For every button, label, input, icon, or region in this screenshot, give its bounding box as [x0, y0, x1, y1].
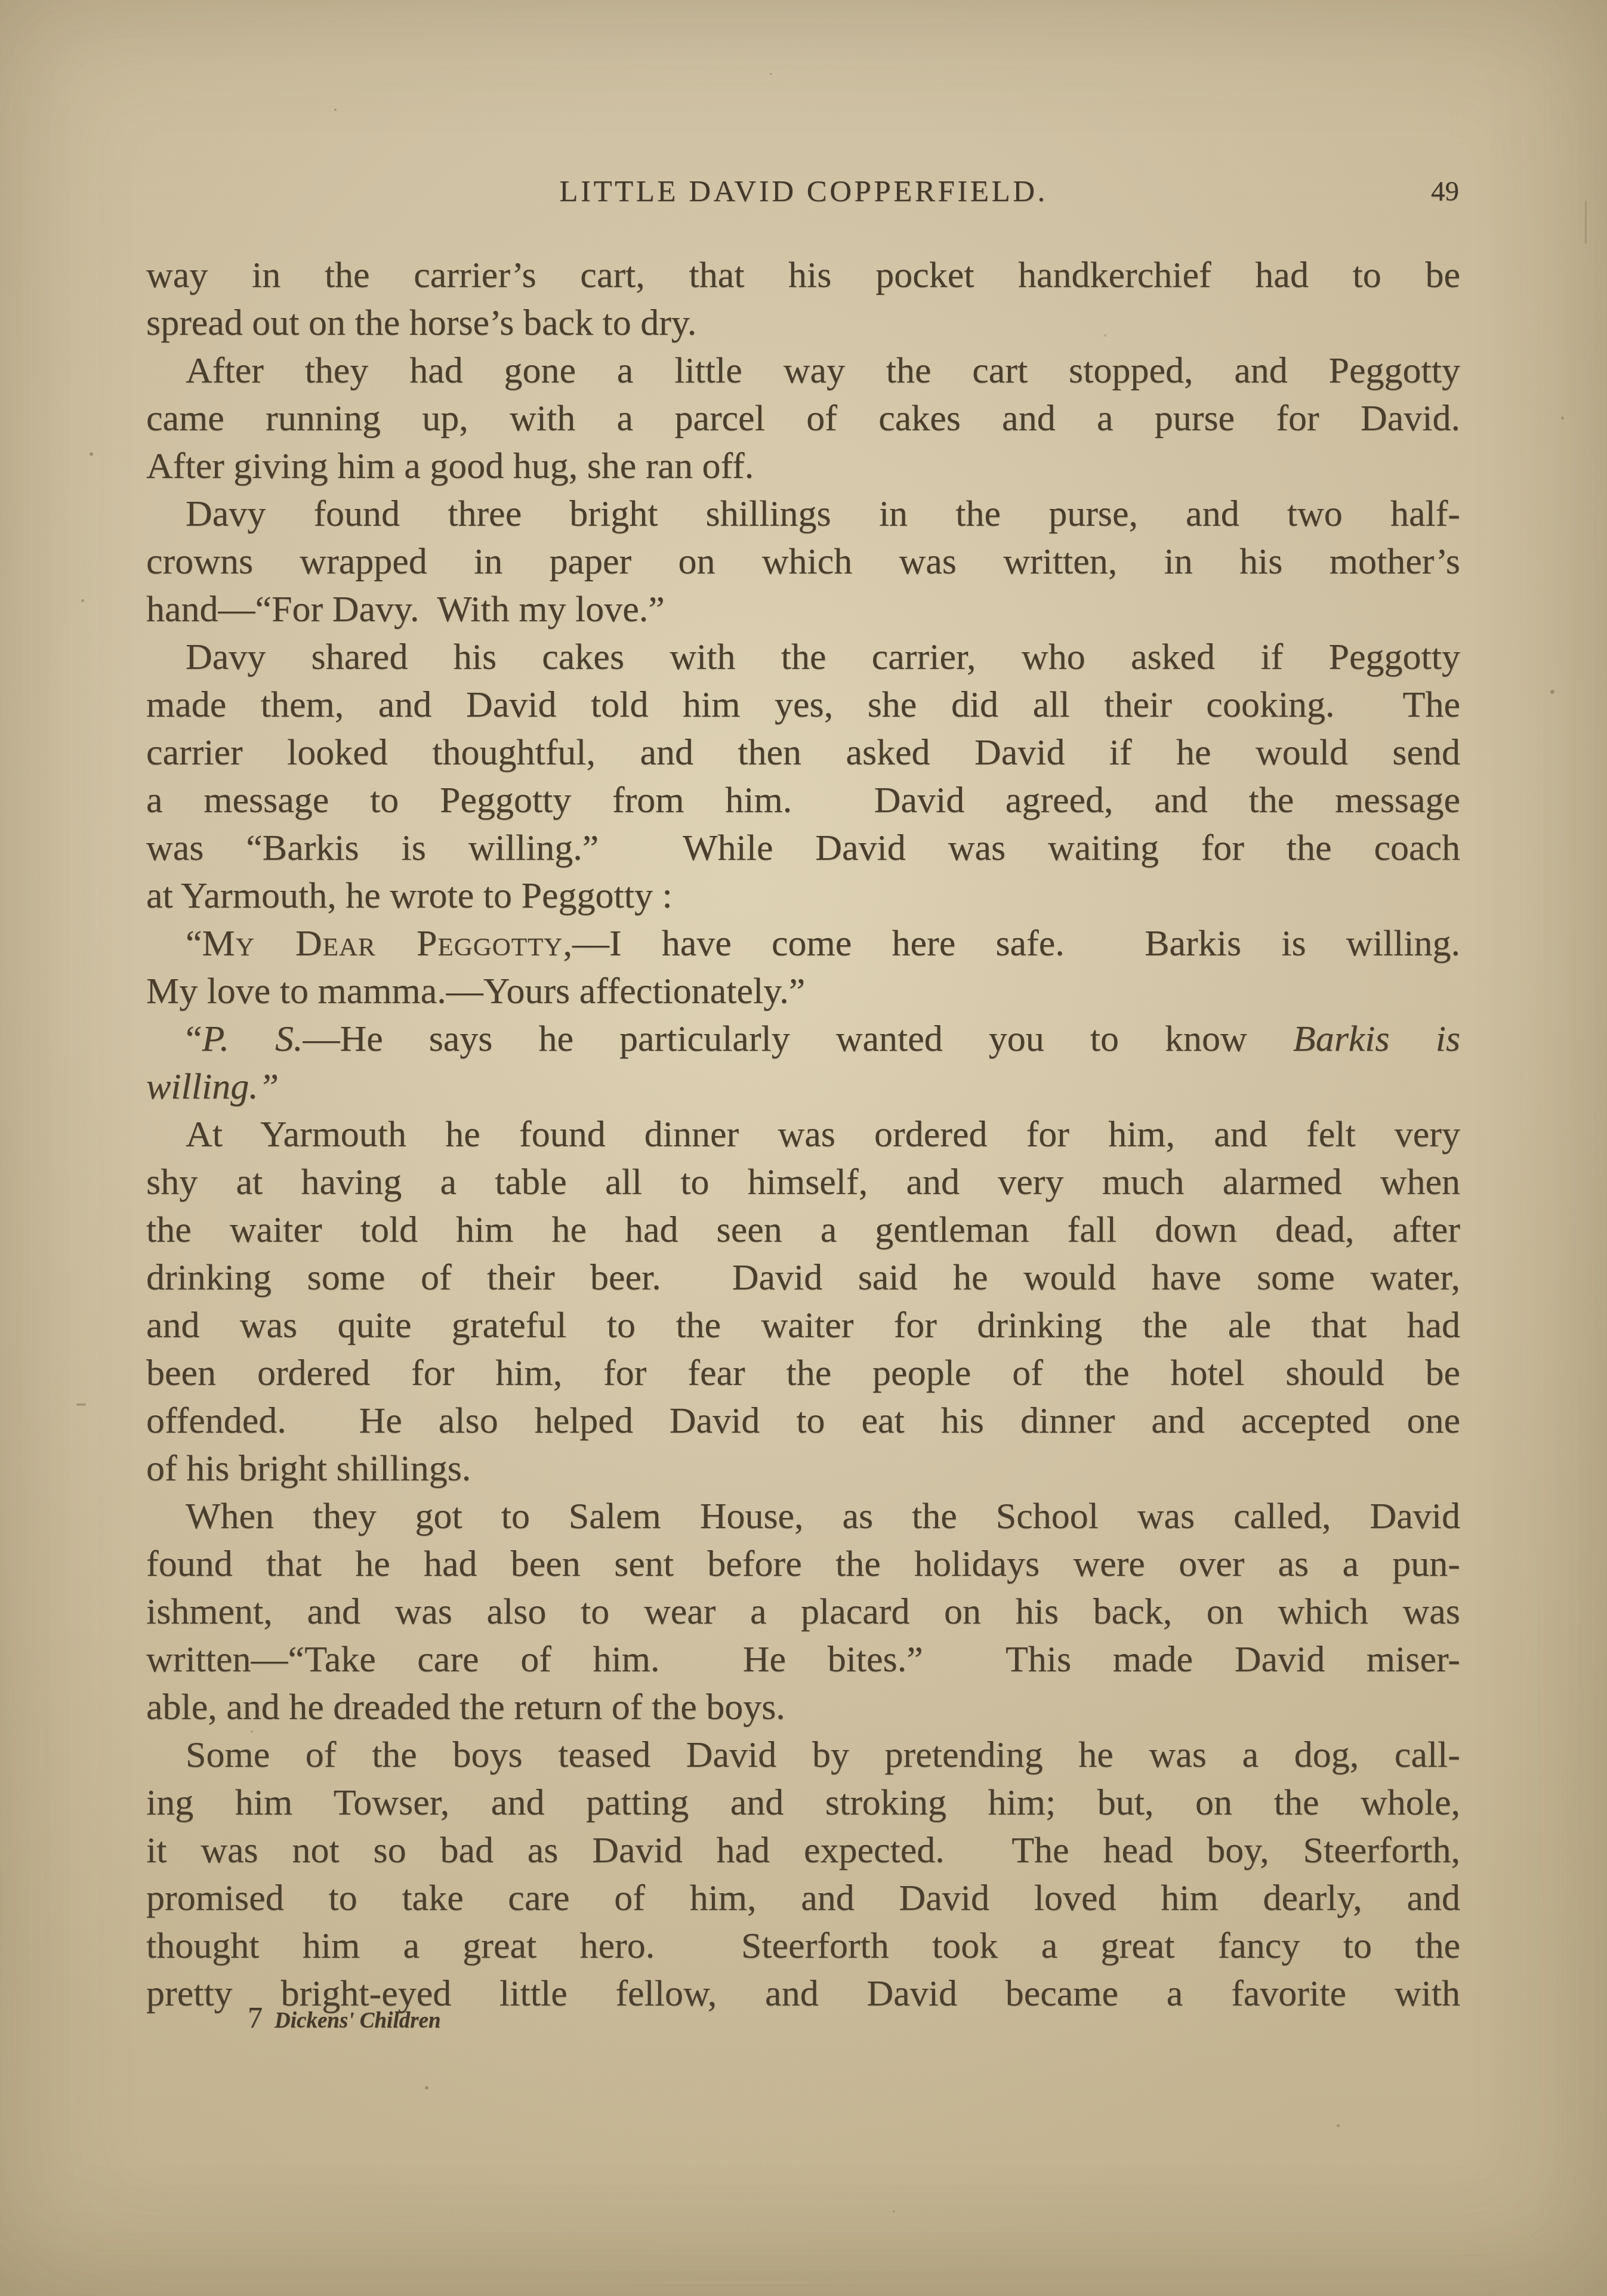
text-segment: offended. He also helped David to eat hi… — [146, 1400, 1460, 1441]
signature-number: 7 — [248, 2001, 263, 2034]
paper-speck — [1337, 2124, 1340, 2127]
text-line: was “Barkis is willing.” While David was… — [146, 824, 1460, 872]
text-line: it was not so bad as David had expected.… — [146, 1826, 1460, 1874]
scanned-book-page: { "page": { "header": { "title": "LITTLE… — [0, 0, 1607, 2296]
text-segment: Some of the boys teased David by pretend… — [186, 1735, 1460, 1775]
text-segment: P. S. — [202, 1019, 303, 1059]
text-segment: “ — [186, 923, 202, 964]
text-segment: at Yarmouth, he wrote to Peggotty : — [146, 875, 673, 916]
text-segment: it was not so bad as David had expected.… — [146, 1830, 1460, 1871]
text-line: After they had gone a little way the car… — [146, 347, 1460, 394]
text-segment: was “Barkis is willing.” While David was… — [146, 828, 1460, 868]
text-segment: —He says he particularly wanted you to k… — [303, 1019, 1293, 1059]
text-segment: My Dear Peggotty — [202, 923, 563, 964]
text-segment: written—“Take care of him. He bites.” Th… — [146, 1639, 1460, 1680]
text-line: After giving him a good hug, she ran off… — [146, 442, 1460, 490]
text-line: Davy shared his cakes with the carrier, … — [146, 633, 1460, 681]
text-line: way in the carrier’s cart, that his pock… — [146, 251, 1460, 299]
text-line: thought him a great hero. Steerforth too… — [146, 1922, 1460, 1970]
text-line: Davy found three bright shillings in the… — [146, 490, 1460, 538]
body-text-block: way in the carrier’s cart, that his pock… — [146, 251, 1460, 2017]
text-line: My love to mamma.—Yours affectionately.” — [146, 967, 1460, 1015]
paper-speck — [1550, 690, 1554, 694]
text-segment: Davy shared his cakes with the carrier, … — [186, 637, 1460, 677]
text-line: ing him Towser, and patting and stroking… — [146, 1779, 1460, 1826]
text-line: been ordered for him, for fear the peopl… — [146, 1349, 1460, 1397]
text-segment: found that he had been sent before the h… — [146, 1544, 1460, 1584]
text-segment: came running up, with a parcel of cakes … — [146, 398, 1460, 439]
text-segment: My love to mamma.—Yours affectionately.” — [146, 971, 805, 1011]
text-segment: and was quite grateful to the waiter for… — [146, 1305, 1460, 1345]
text-segment: the waiter told him he had seen a gentle… — [146, 1209, 1460, 1250]
text-segment: “ — [186, 1019, 202, 1059]
text-line: the waiter told him he had seen a gentle… — [146, 1206, 1460, 1254]
text-line: spread out on the horse’s back to dry. — [146, 299, 1460, 347]
text-line: and was quite grateful to the waiter for… — [146, 1301, 1460, 1349]
text-segment: hand—“For Davy. With my love.” — [146, 589, 665, 629]
text-segment: willing.” — [146, 1066, 279, 1107]
text-line: ishment, and was also to wear a placard … — [146, 1588, 1460, 1635]
text-segment: Barkis is — [1293, 1019, 1460, 1059]
text-segment: At Yarmouth he found dinner was ordered … — [186, 1114, 1460, 1155]
text-line: of his bright shillings. — [146, 1445, 1460, 1492]
text-segment: ,—I have come here safe. Barkis is willi… — [563, 923, 1460, 964]
page-number: 49 — [1431, 175, 1459, 208]
paper-speck — [1561, 416, 1564, 419]
text-segment: been ordered for him, for fear the peopl… — [146, 1353, 1460, 1393]
text-segment: thought him a great hero. Steerforth too… — [146, 1925, 1460, 1966]
text-segment: way in the carrier’s cart, that his pock… — [146, 255, 1460, 295]
paper-speck — [76, 1403, 86, 1406]
text-segment: spread out on the horse’s back to dry. — [146, 303, 696, 343]
text-segment: a message to Peggotty from him. David ag… — [146, 780, 1460, 820]
text-line: offended. He also helped David to eat hi… — [146, 1397, 1460, 1445]
text-line: came running up, with a parcel of cakes … — [146, 394, 1460, 442]
text-line: shy at having a table all to himself, an… — [146, 1158, 1460, 1206]
text-segment: ishment, and was also to wear a placard … — [146, 1591, 1460, 1632]
text-line: made them, and David told him yes, she d… — [146, 681, 1460, 729]
text-line: crowns wrapped in paper on which was wri… — [146, 538, 1460, 585]
text-segment: After giving him a good hug, she ran off… — [146, 446, 754, 486]
paper-speck — [425, 2086, 428, 2090]
text-segment: crowns wrapped in paper on which was wri… — [146, 541, 1460, 582]
text-line: a message to Peggotty from him. David ag… — [146, 776, 1460, 824]
text-segment: After they had gone a little way the car… — [186, 350, 1460, 391]
page-header: LITTLE DAVID COPPERFIELD. 49 — [0, 174, 1607, 210]
text-line: Some of the boys teased David by pretend… — [146, 1731, 1460, 1779]
text-line: found that he had been sent before the h… — [146, 1540, 1460, 1588]
text-segment: ing him Towser, and patting and stroking… — [146, 1782, 1460, 1823]
text-line: When they got to Salem House, as the Sch… — [146, 1492, 1460, 1540]
text-line: hand—“For Davy. With my love.” — [146, 585, 1460, 633]
paper-speck — [90, 452, 93, 456]
running-head-title: LITTLE DAVID COPPERFIELD. — [0, 174, 1607, 209]
text-segment: shy at having a table all to himself, an… — [146, 1162, 1460, 1202]
text-segment: promised to take care of him, and David … — [146, 1878, 1460, 1918]
text-segment: drinking some of their beer. David said … — [146, 1257, 1460, 1298]
text-segment: able, and he dreaded the return of the b… — [146, 1687, 785, 1727]
text-line: written—“Take care of him. He bites.” Th… — [146, 1635, 1460, 1683]
paper-speck — [893, 2210, 895, 2212]
text-line: At Yarmouth he found dinner was ordered … — [146, 1110, 1460, 1158]
page-footer: 7Dickens' Children — [248, 2000, 441, 2042]
text-segment: Davy found three bright shillings in the… — [186, 493, 1460, 534]
text-line: “My Dear Peggotty,—I have come here safe… — [146, 919, 1460, 967]
paper-speck — [334, 109, 337, 111]
text-line: carrier looked thoughtful, and then aske… — [146, 729, 1460, 776]
text-line: “P. S.—He says he particularly wanted yo… — [146, 1015, 1460, 1063]
text-line: drinking some of their beer. David said … — [146, 1254, 1460, 1301]
text-line: willing.” — [146, 1063, 1460, 1110]
text-line: at Yarmouth, he wrote to Peggotty : — [146, 872, 1460, 919]
paper-speck — [770, 73, 772, 75]
signature-title: Dickens' Children — [274, 2008, 441, 2033]
text-segment: When they got to Salem House, as the Sch… — [186, 1496, 1460, 1536]
text-line: able, and he dreaded the return of the b… — [146, 1683, 1460, 1731]
text-segment: made them, and David told him yes, she d… — [146, 684, 1460, 725]
paper-speck — [81, 599, 84, 602]
text-line: promised to take care of him, and David … — [146, 1874, 1460, 1922]
text-segment: of his bright shillings. — [146, 1448, 471, 1489]
text-segment: carrier looked thoughtful, and then aske… — [146, 732, 1460, 773]
